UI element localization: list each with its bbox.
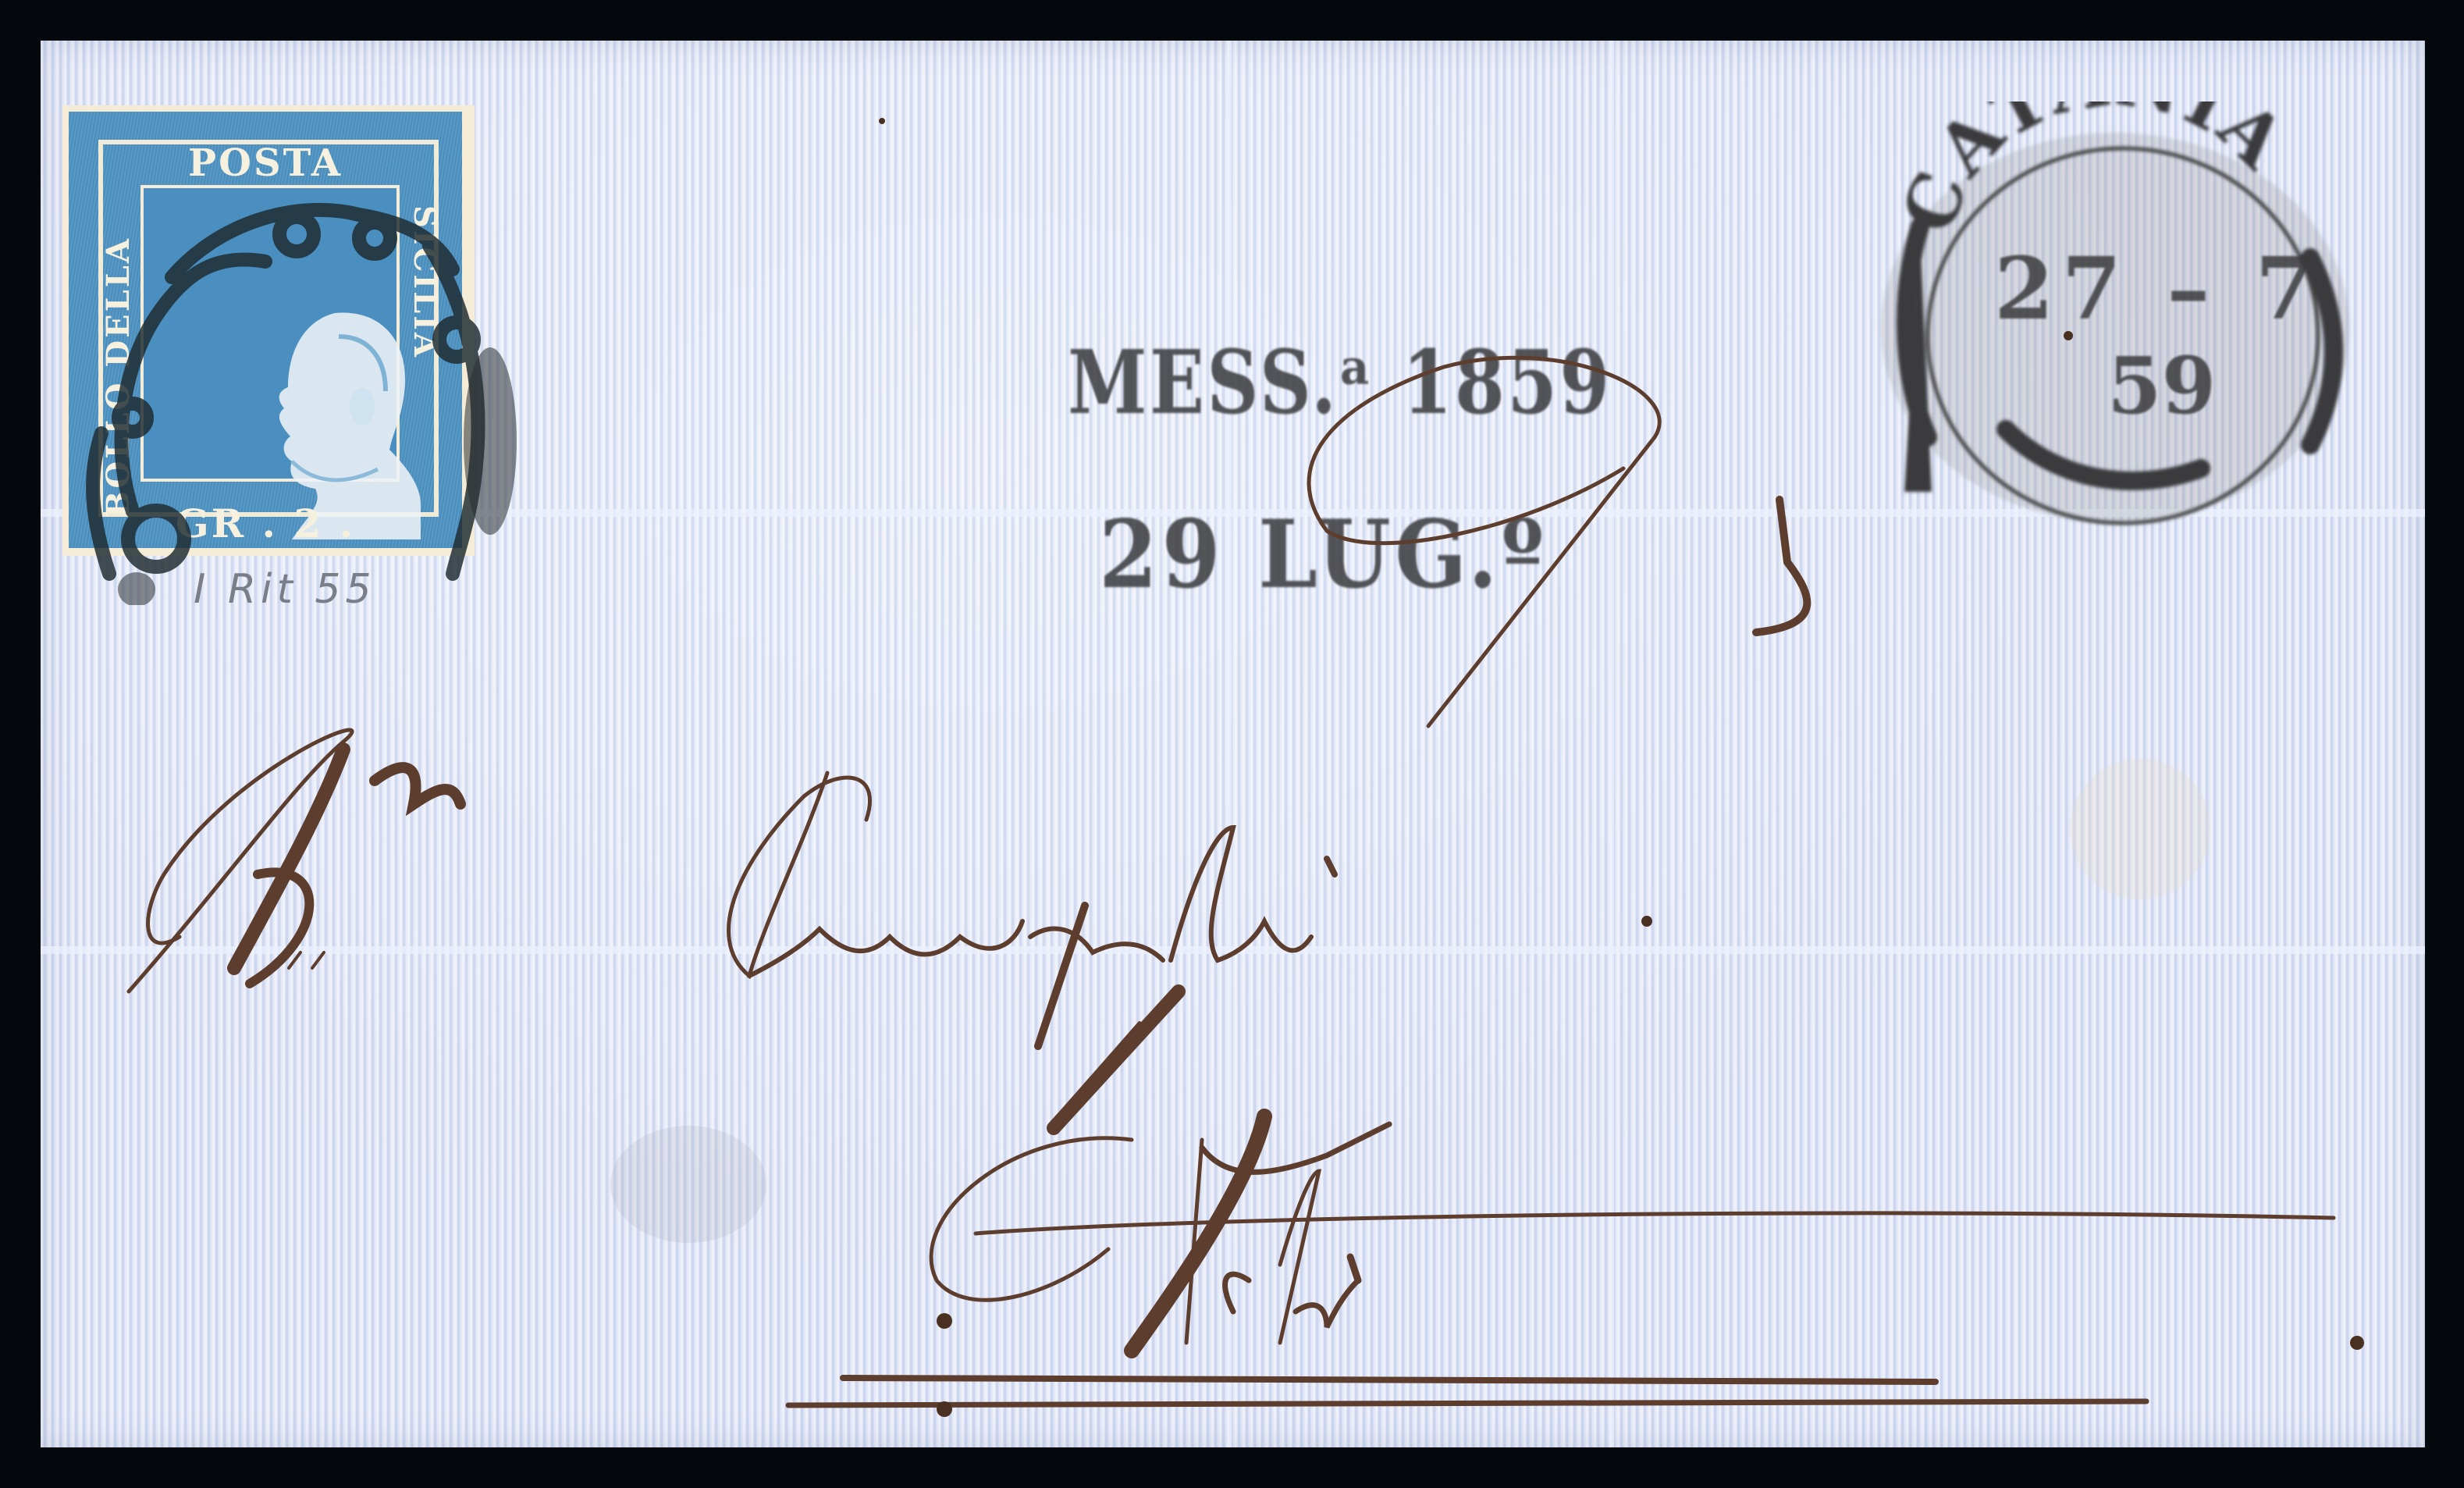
horseshoe-cancel-icon — [62, 105, 531, 605]
manuscript-destination: Vietri — [0, 0, 1, 1]
stain — [2070, 759, 2210, 899]
postage-stamp: POSTA BOLLO DELLA SICILIA GR . 2 . — [62, 105, 475, 556]
manuscript-salutation: B.ᵗⁿᵃ — [0, 0, 1, 1]
pencil-annotation: I Rit 55 — [194, 566, 376, 613]
stain — [610, 1126, 766, 1243]
paper-seam — [1609, 41, 1614, 1447]
transit-handstamp-line2: 29 LUG.º — [1099, 500, 1548, 610]
paper-seam — [1227, 41, 1232, 1447]
manuscript-rate-mark: Gº 5 — [0, 0, 1, 1]
postmark-date: 27 – 7 — [1994, 238, 2323, 339]
transit-handstamp-line1: MESS.ᵃ 1859 — [1068, 332, 1612, 434]
postmark-year: 59 — [2107, 340, 2216, 432]
paper-seam — [41, 946, 2425, 954]
manuscript-addressee: Cousigliò — [0, 0, 1, 1]
